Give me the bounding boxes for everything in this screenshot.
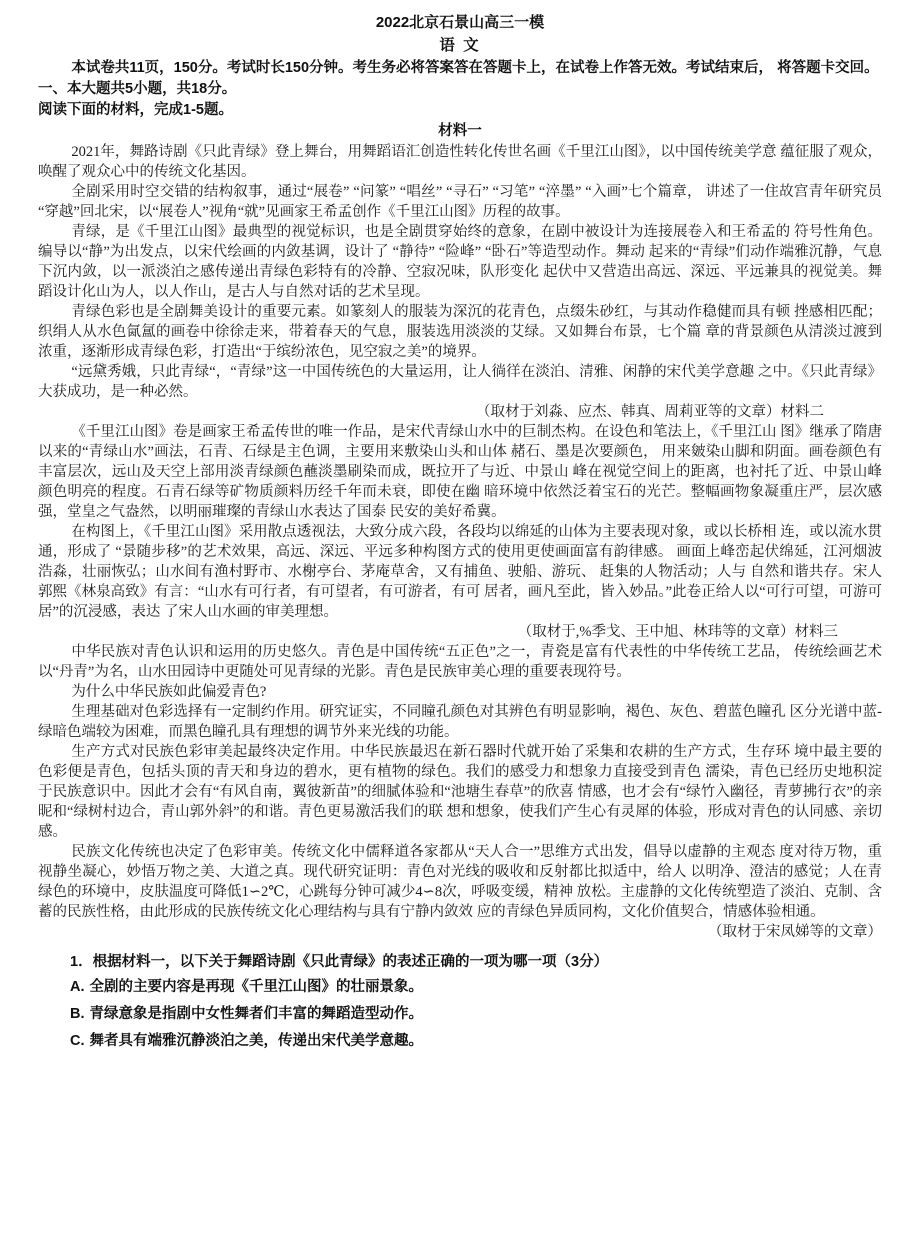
material-one-paragraph-4: 青绿色彩也是全剧舞美设计的重要元素。如篆刻人的服装为深沉的花青色，点缀朱砂红，与… bbox=[38, 302, 882, 362]
material-one-paragraph-5: “远黛秀娥，只此青绿“，“青绿”这一中国传统色的大量运用，让人徜徉在淡泊、清雅、… bbox=[38, 362, 882, 402]
material-one-heading: 材料一 bbox=[38, 121, 882, 142]
question-1: 1．根据材料一，以下关于舞蹈诗剧《只此青绿》的表述正确的一项为哪一项（3分） A… bbox=[38, 950, 882, 1055]
section-heading: 一、本大题共5小题，共18分。 bbox=[38, 79, 882, 100]
material-one-attribution: （取材于刘淼、应杰、韩真、周莉亚等的文章）材料二 bbox=[38, 402, 882, 422]
material-one-paragraph-1: 2021年，舞路诗剧《只此青绿》登上舞台，用舞蹈语汇创造性转化传世名画《千里江山… bbox=[38, 142, 882, 182]
option-c-text: 舞者具有端雅沉静淡泊之美，传递出宋代美学意趣。 bbox=[90, 1033, 424, 1049]
exam-notice: 本试卷共11页，150分。考试时长150分钟。考生务必将答案答在答题卡上，在试卷… bbox=[38, 58, 882, 79]
question-1-option-a: A.全剧的主要内容是再现《千里江山图》的壮丽景象。 bbox=[38, 974, 882, 1001]
material-one-paragraph-3: 青绿，是《千里江山图》最典型的视觉标识，也是全剧贯穿始终的意象，在剧中被设计为连… bbox=[38, 222, 882, 302]
option-a-text: 全剧的主要内容是再现《千里江山图》的壮丽景象。 bbox=[90, 979, 424, 995]
material-two-paragraph-2: 在构图上，《千里江山图》采用散点透视法，大致分成六段，各段均以绵延的山体为主要表… bbox=[38, 522, 882, 622]
material-three-attribution: （取材于宋凤娣等的文章） bbox=[38, 922, 882, 942]
question-1-stem: 1．根据材料一，以下关于舞蹈诗剧《只此青绿》的表述正确的一项为哪一项（3分） bbox=[38, 950, 882, 974]
reading-instruction: 阅读下面的材料，完成1-5题。 bbox=[38, 100, 882, 121]
option-a-letter: A. bbox=[70, 979, 85, 995]
material-one-paragraph-2: 全剧采用时空交错的结构叙事，通过“展卷” “问篆” “唱丝” “寻石” “习笔”… bbox=[38, 182, 882, 222]
option-b-text: 青绿意象是指剧中女性舞者们丰富的舞蹈造型动作。 bbox=[90, 1006, 424, 1022]
option-c-letter: C. bbox=[70, 1033, 85, 1049]
option-b-letter: B. bbox=[70, 1006, 85, 1022]
subject-title: 语 文 bbox=[38, 34, 882, 58]
material-three-paragraph-4: 生产方式对民族色彩审美起最终决定作用。中华民族最迟在新石器时代就开始了采集和农耕… bbox=[38, 742, 882, 842]
material-three-paragraph-2: 为什么中华民族如此偏爱青色? bbox=[38, 682, 882, 702]
material-three-paragraph-5: 民族文化传统也决定了色彩审美。传统文化中儒释道各家都从“天人合一”思维方式出发，… bbox=[38, 842, 882, 922]
page-title: 2022北京石景山高三一模 bbox=[38, 12, 882, 34]
material-three-paragraph-3: 生理基础对色彩选择有一定制约作用。研究证实，不同瞳孔颜色对其辨色有明显影响，褐色… bbox=[38, 702, 882, 742]
exam-document-page: 2022北京石景山高三一模 语 文 本试卷共11页，150分。考试时长150分钟… bbox=[0, 0, 920, 1237]
question-1-option-b: B.青绿意象是指剧中女性舞者们丰富的舞蹈造型动作。 bbox=[38, 1001, 882, 1028]
material-two-paragraph-1: 《千里江山图》卷是画家王希孟传世的唯一作品，是宋代青绿山水中的巨制杰构。在设色和… bbox=[38, 422, 882, 522]
question-1-option-c: C.舞者具有端雅沉静淡泊之美，传递出宋代美学意趣。 bbox=[38, 1028, 882, 1055]
material-two-attribution: （取材于,%季戈、王中旭、林玮等的文章）材料三 bbox=[38, 622, 882, 642]
material-three-paragraph-1: 中华民族对青色认识和运用的历史悠久。青色是中国传统“五正色”之一，青瓷是富有代表… bbox=[38, 642, 882, 682]
